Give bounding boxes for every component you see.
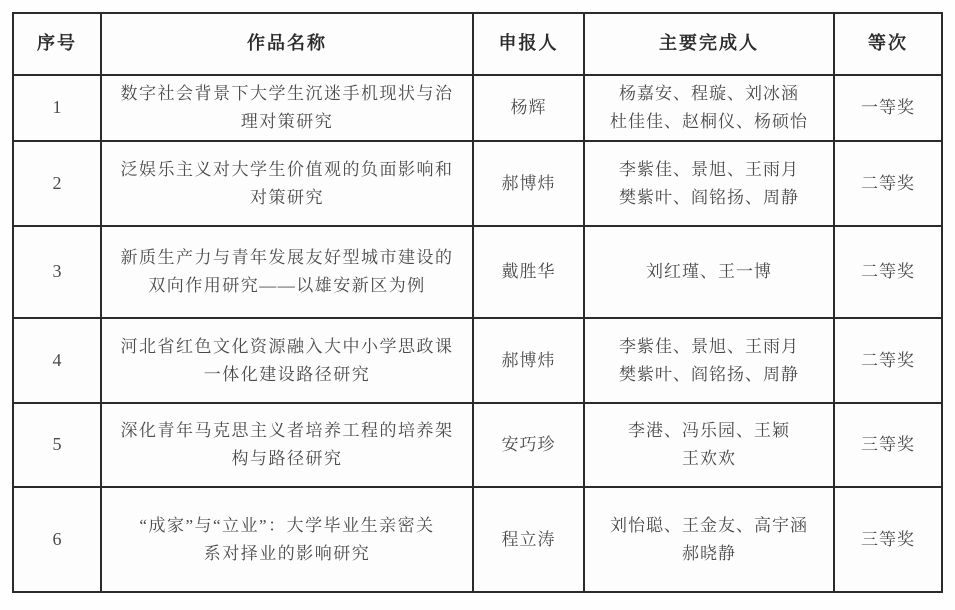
work-title: 数字社会背景下大学生沉迷手机现状与治 理对策研究 bbox=[101, 75, 473, 141]
applicant-name: 郝博炜 bbox=[473, 141, 584, 226]
applicant-name: 戴胜华 bbox=[473, 226, 584, 318]
award-level: 三等奖 bbox=[834, 403, 942, 487]
award-level: 一等奖 bbox=[834, 75, 942, 141]
row-number: 5 bbox=[13, 403, 101, 487]
header-no: 序号 bbox=[13, 13, 101, 75]
work-title: 河北省红色文化资源融入大中小学思政课 一体化建设路径研究 bbox=[101, 318, 473, 403]
header-award: 等次 bbox=[834, 13, 942, 75]
table-header-row: 序号 作品名称 申报人 主要完成人 等次 bbox=[13, 13, 942, 75]
table-row: 6 “成家”与“立业”：大学毕业生亲密关 系对择业的影响研究 程立涛 刘怡聪、王… bbox=[13, 487, 942, 592]
contributors-list: 刘怡聪、王金友、高宇涵 郝晓静 bbox=[584, 487, 834, 592]
award-level: 二等奖 bbox=[834, 141, 942, 226]
applicant-name: 杨辉 bbox=[473, 75, 584, 141]
award-level: 二等奖 bbox=[834, 226, 942, 318]
header-contributors: 主要完成人 bbox=[584, 13, 834, 75]
work-title: 新质生产力与青年发展友好型城市建设的 双向作用研究——以雄安新区为例 bbox=[101, 226, 473, 318]
award-level: 三等奖 bbox=[834, 487, 942, 592]
work-title: “成家”与“立业”：大学毕业生亲密关 系对择业的影响研究 bbox=[101, 487, 473, 592]
applicant-name: 郝博炜 bbox=[473, 318, 584, 403]
row-number: 3 bbox=[13, 226, 101, 318]
row-number: 6 bbox=[13, 487, 101, 592]
table-row: 3 新质生产力与青年发展友好型城市建设的 双向作用研究——以雄安新区为例 戴胜华… bbox=[13, 226, 942, 318]
table-row: 5 深化青年马克思主义者培养工程的培养架 构与路径研究 安巧珍 李港、冯乐园、王… bbox=[13, 403, 942, 487]
award-level: 二等奖 bbox=[834, 318, 942, 403]
contributors-list: 杨嘉安、程璇、刘冰涵 杜佳佳、赵桐仪、杨硕怡 bbox=[584, 75, 834, 141]
row-number: 2 bbox=[13, 141, 101, 226]
contributors-list: 刘红瑾、王一博 bbox=[584, 226, 834, 318]
contributors-list: 李港、冯乐园、王颖 王欢欢 bbox=[584, 403, 834, 487]
table-row: 1 数字社会背景下大学生沉迷手机现状与治 理对策研究 杨辉 杨嘉安、程璇、刘冰涵… bbox=[13, 75, 942, 141]
work-title: 泛娱乐主义对大学生价值观的负面影响和 对策研究 bbox=[101, 141, 473, 226]
header-title: 作品名称 bbox=[101, 13, 473, 75]
contributors-list: 李紫佳、景旭、王雨月 樊紫叶、阎铭扬、周静 bbox=[584, 318, 834, 403]
contributors-list: 李紫佳、景旭、王雨月 樊紫叶、阎铭扬、周静 bbox=[584, 141, 834, 226]
table-row: 4 河北省红色文化资源融入大中小学思政课 一体化建设路径研究 郝博炜 李紫佳、景… bbox=[13, 318, 942, 403]
row-number: 1 bbox=[13, 75, 101, 141]
applicant-name: 程立涛 bbox=[473, 487, 584, 592]
table-row: 2 泛娱乐主义对大学生价值观的负面影响和 对策研究 郝博炜 李紫佳、景旭、王雨月… bbox=[13, 141, 942, 226]
work-title: 深化青年马克思主义者培养工程的培养架 构与路径研究 bbox=[101, 403, 473, 487]
header-applicant: 申报人 bbox=[473, 13, 584, 75]
applicant-name: 安巧珍 bbox=[473, 403, 584, 487]
row-number: 4 bbox=[13, 318, 101, 403]
award-results-table: 序号 作品名称 申报人 主要完成人 等次 1 数字社会背景下大学生沉迷手机现状与… bbox=[12, 12, 943, 593]
